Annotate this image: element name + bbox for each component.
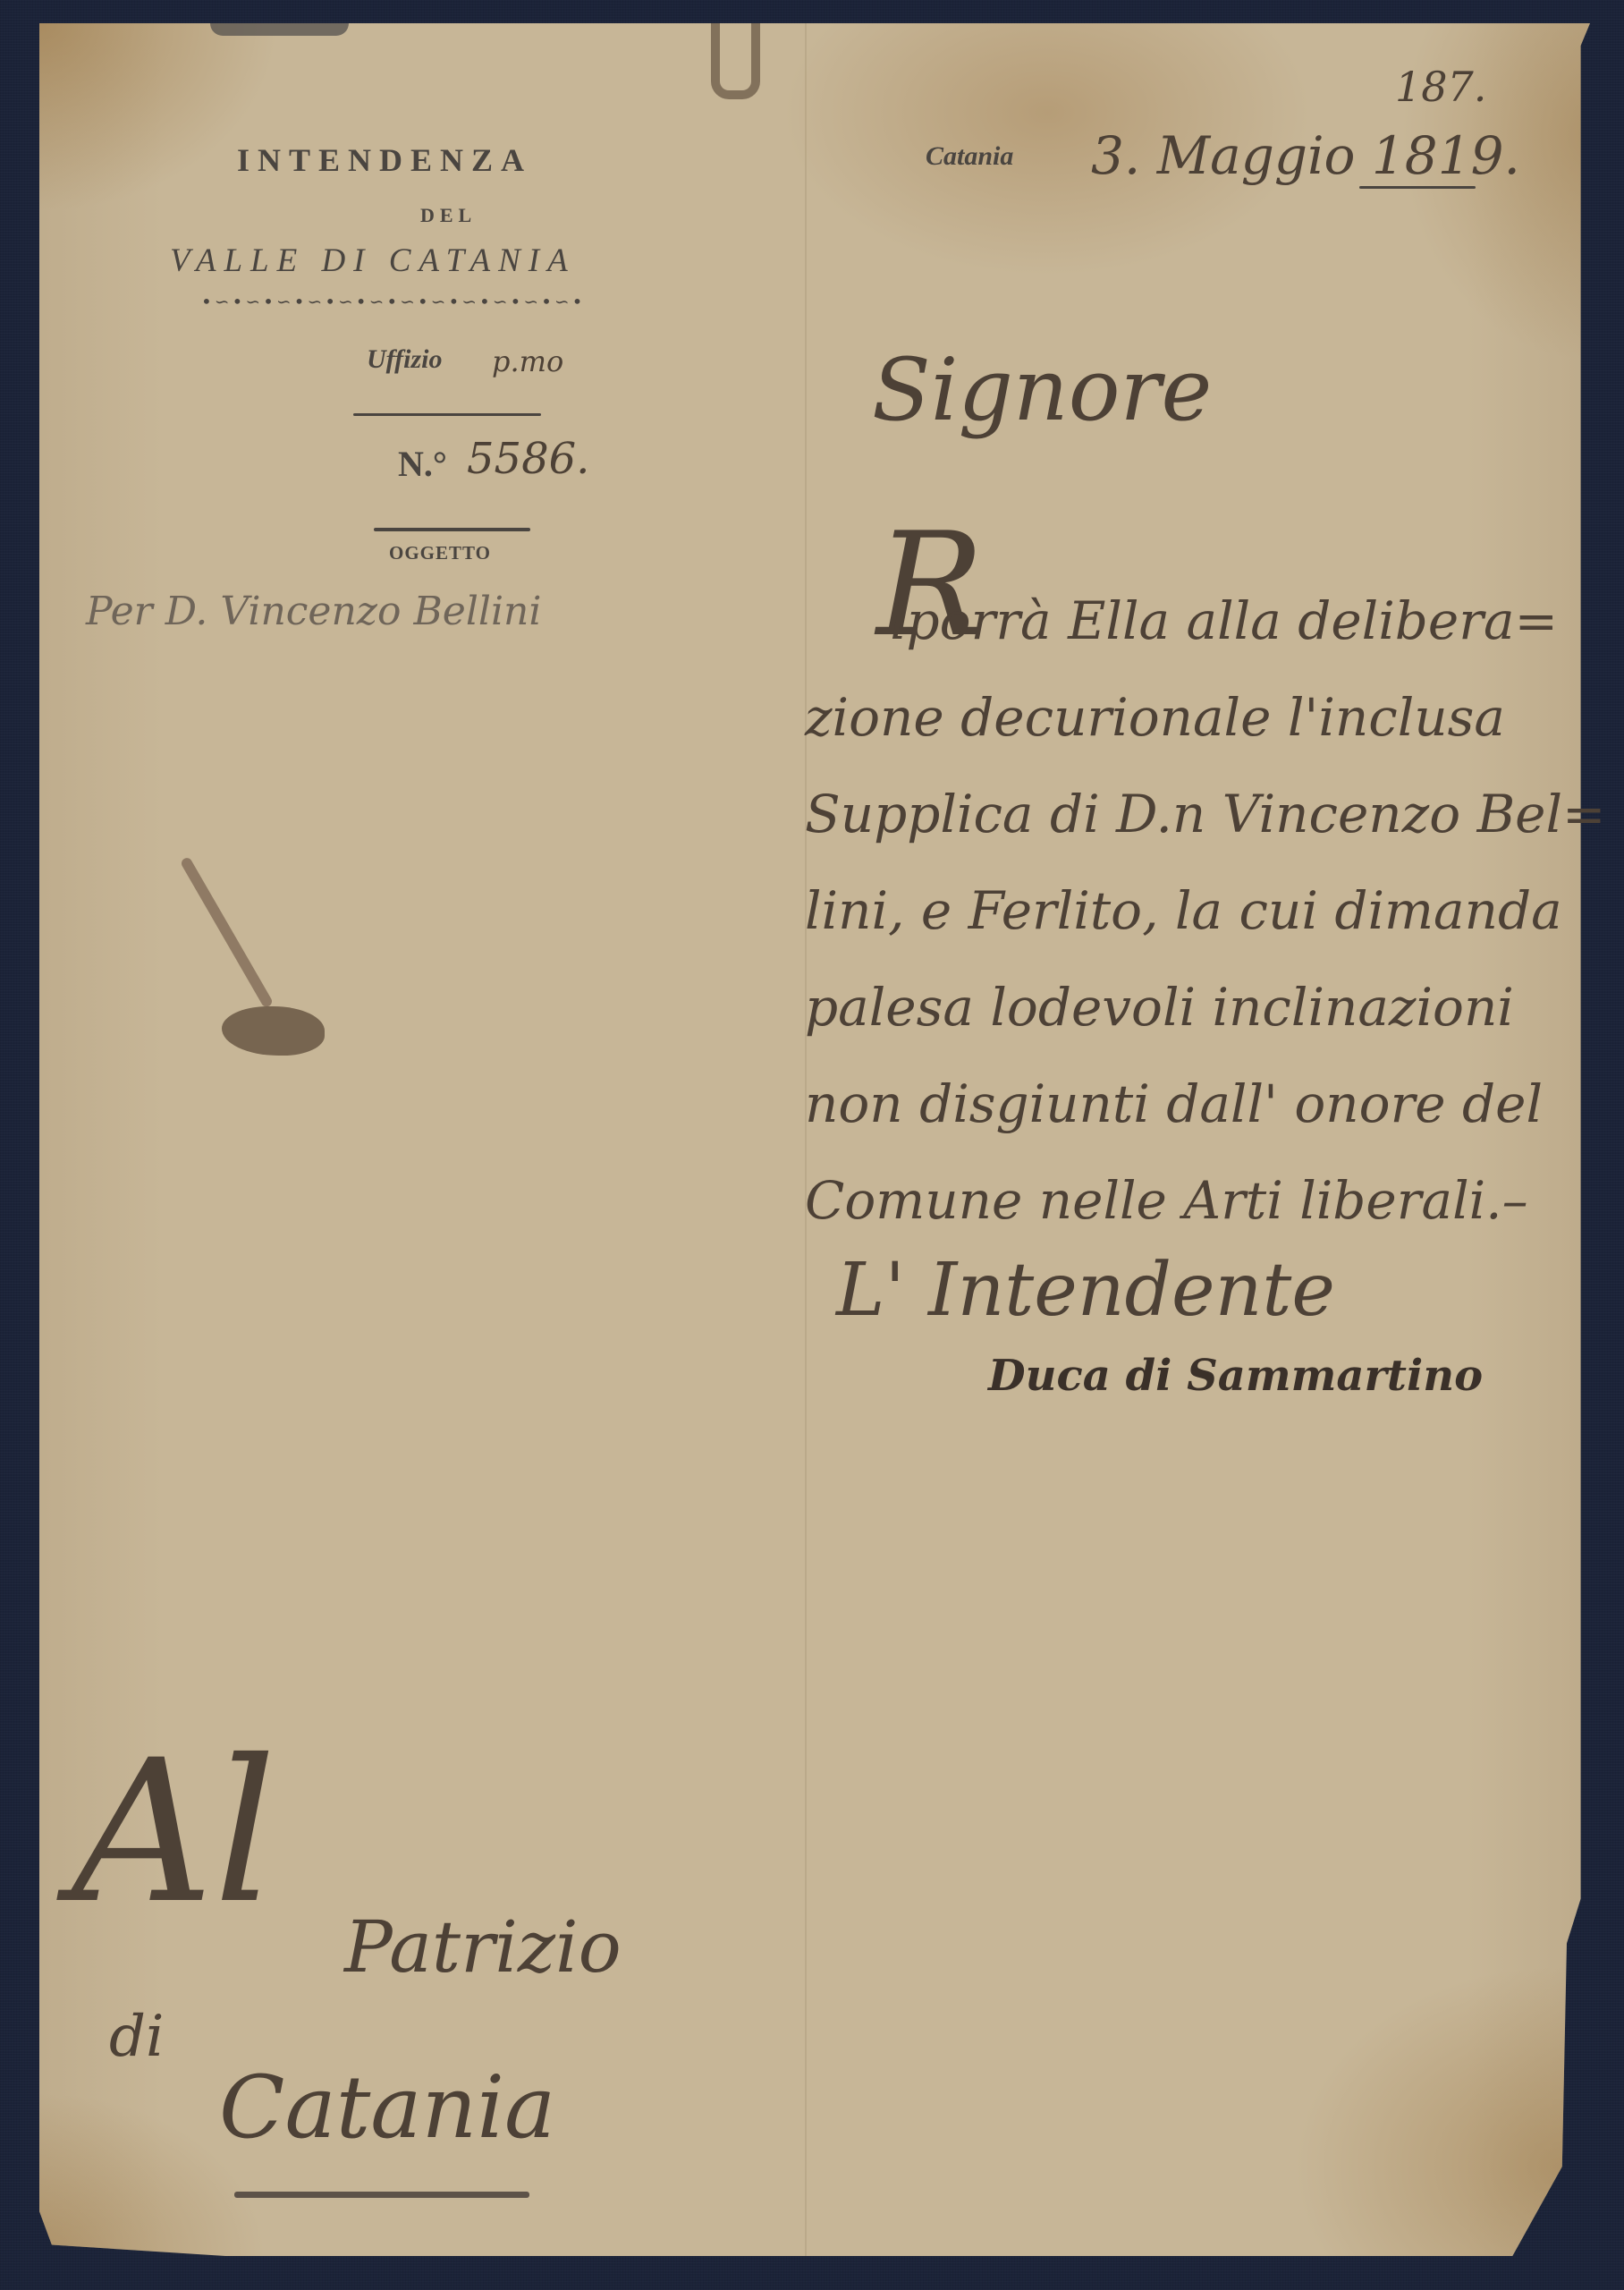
brace-divider <box>353 413 541 416</box>
uffizio-label: Uffizio <box>367 344 442 375</box>
letterhead-valle: VALLE DI CATANIA <box>170 242 576 280</box>
rule-divider <box>374 528 530 531</box>
numero-label: N.° <box>398 443 447 485</box>
salutation: Signore <box>872 340 1212 440</box>
date-flourish <box>1359 186 1476 189</box>
body-line: Supplica di D.n Vincenzo Bel= <box>805 766 1574 862</box>
place-print: Catania <box>926 141 1013 172</box>
edge-stain <box>210 23 349 36</box>
body-line: Comune nelle Arti liberali.– <box>805 1152 1574 1249</box>
address-recipient: Patrizio <box>344 1905 622 1989</box>
letterhead-title: INTENDENZA <box>237 141 532 179</box>
letterhead-ornament: •∽•∽•∽•∽•∽•∽•∽•∽•∽•∽•∽•∽• <box>201 291 585 312</box>
address-city: Catania <box>219 2057 555 2158</box>
address-flourish <box>234 2192 529 2198</box>
address-di: di <box>109 2004 164 2070</box>
oggetto-value: Per D. Vincenzo Bellini <box>86 589 541 634</box>
folio-number: 187. <box>1395 63 1486 111</box>
signature-name: Duca di Sammartino <box>988 1351 1483 1401</box>
address-al: Al <box>72 1717 276 1946</box>
letterhead-del: DEL <box>420 204 477 227</box>
oggetto-label: OGGETTO <box>389 542 491 564</box>
date-handwritten: 3. Maggio 1819. <box>1091 125 1520 186</box>
uffizio-value: p.mo <box>492 344 563 378</box>
body-line: palesa lodevoli inclinazioni <box>805 959 1574 1056</box>
signature-title: L' Intendente <box>836 1248 1335 1333</box>
protocol-number: 5586. <box>467 434 589 484</box>
body-line: lini, e Ferlito, la cui dimanda <box>805 862 1574 959</box>
letter-body: iporrà Ella alla delibera= zione decurio… <box>805 572 1574 1249</box>
body-line: zione decurionale l'inclusa <box>805 669 1574 766</box>
ink-stain-top <box>711 23 760 99</box>
body-line: non disgiunti dall' onore del <box>805 1056 1574 1152</box>
body-line: iporrà Ella alla delibera= <box>805 572 1574 669</box>
